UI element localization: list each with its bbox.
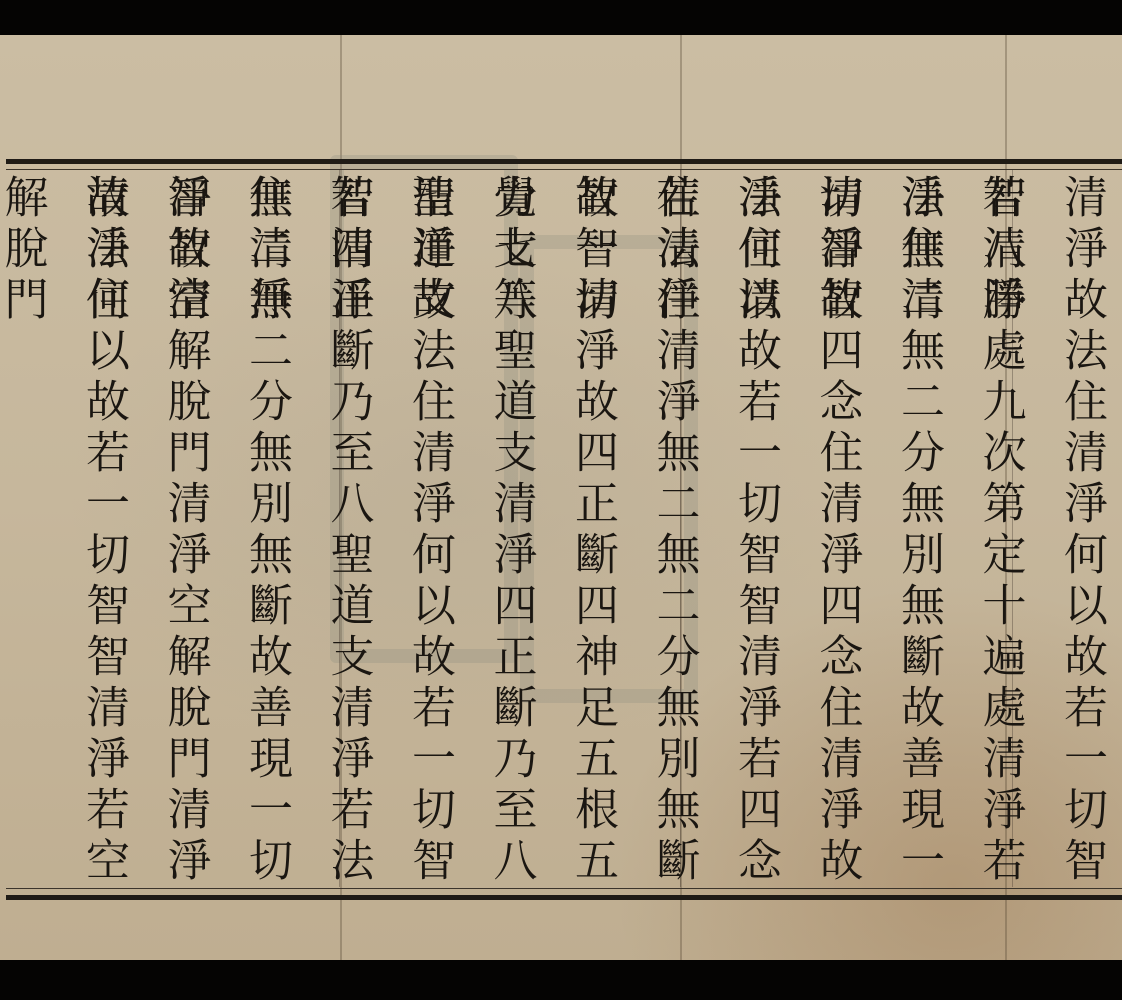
text-columns: 清淨故法住清淨何以故若一切智智清淨 若八勝處九次第定十遍處清淨若法住清 淨無二無…	[20, 168, 1122, 888]
text-column: 清淨故法住清淨何以故若一切智智清淨	[1041, 168, 1122, 888]
bottom-border-rule	[6, 888, 1122, 900]
